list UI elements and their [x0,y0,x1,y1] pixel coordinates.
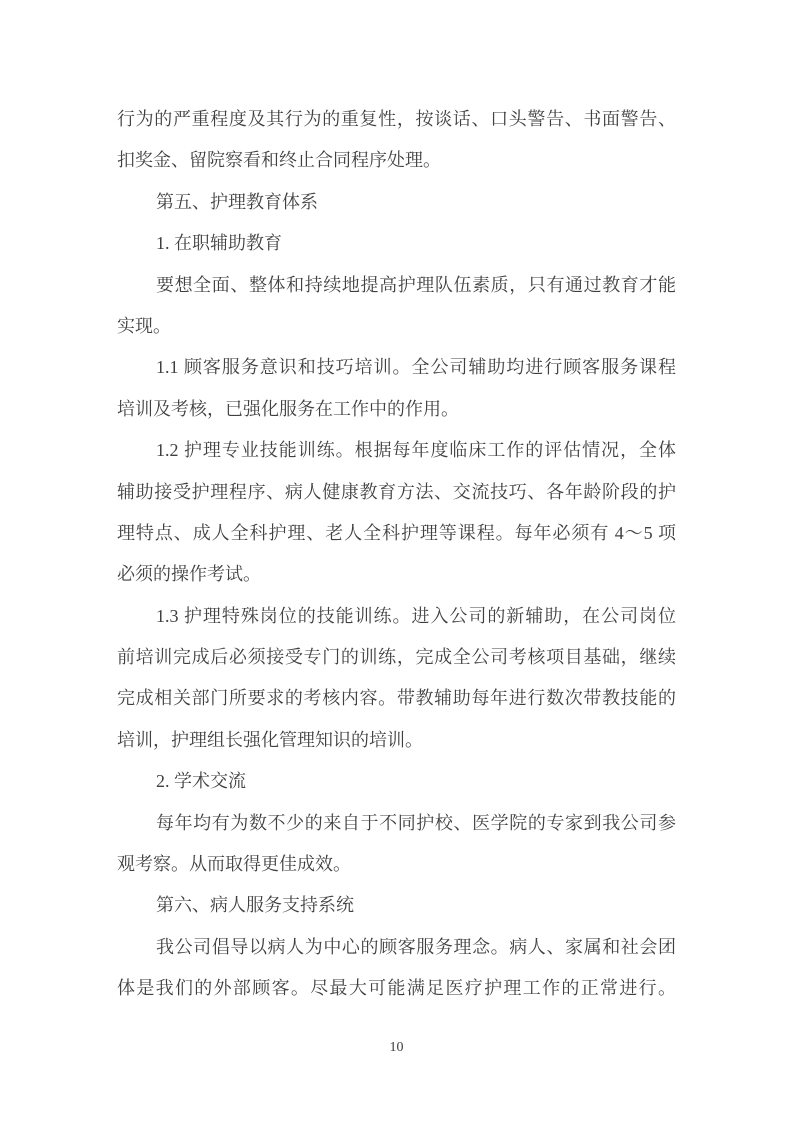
text-line: 第六、病人服务支持系统 [117,885,676,926]
text-line: 第五、护理教育体系 [117,182,676,223]
text-line: 1.1 顾客服务意识和技巧培训。全公司辅助均进行顾客服务课程 [117,347,676,388]
text-line: 培训，护理组长强化管理知识的培训。 [117,720,676,761]
text-line: 辅助接受护理程序、病人健康教育方法、交流技巧、各年龄阶段的护 [117,472,676,513]
text-line: 要想全面、整体和持续地提高护理队伍素质，只有通过教育才能 [117,265,676,306]
text-line: 1.2 护理专业技能训练。根据每年度临床工作的评估情况，全体 [117,430,676,471]
text-line: 完成相关部门所要求的考核内容。带教辅助每年进行数次带教技能的 [117,678,676,719]
text-line: 扣奖金、留院察看和终止合同程序处理。 [117,140,676,181]
text-line: 体是我们的外部顾客。尽最大可能满足医疗护理工作的正常进行。 [117,968,676,1009]
document-page: 行为的严重程度及其行为的重复性，按谈话、口头警告、书面警告、扣奖金、留院察看和终… [0,0,793,1122]
text-line: 理特点、成人全科护理、老人全科护理等课程。每年必须有 4～5 项 [117,513,676,554]
text-line: 前培训完成后必须接受专门的训练，完成全公司考核项目基础，继续 [117,637,676,678]
text-line: 1.3 护理特殊岗位的技能训练。进入公司的新辅助，在公司岗位 [117,596,676,637]
document-body: 行为的严重程度及其行为的重复性，按谈话、口头警告、书面警告、扣奖金、留院察看和终… [117,99,676,1010]
text-line: 观考察。从而取得更佳成效。 [117,844,676,885]
text-line: 必须的操作考试。 [117,554,676,595]
page-number: 10 [0,1038,793,1058]
text-line: 1. 在职辅助教育 [117,223,676,264]
text-line: 2. 学术交流 [117,761,676,802]
text-line: 行为的严重程度及其行为的重复性，按谈话、口头警告、书面警告、 [117,99,676,140]
text-line: 培训及考核，已强化服务在工作中的作用。 [117,389,676,430]
text-line: 每年均有为数不少的来自于不同护校、医学院的专家到我公司参 [117,803,676,844]
text-line: 实现。 [117,306,676,347]
text-line: 我公司倡导以病人为中心的顾客服务理念。病人、家属和社会团 [117,927,676,968]
